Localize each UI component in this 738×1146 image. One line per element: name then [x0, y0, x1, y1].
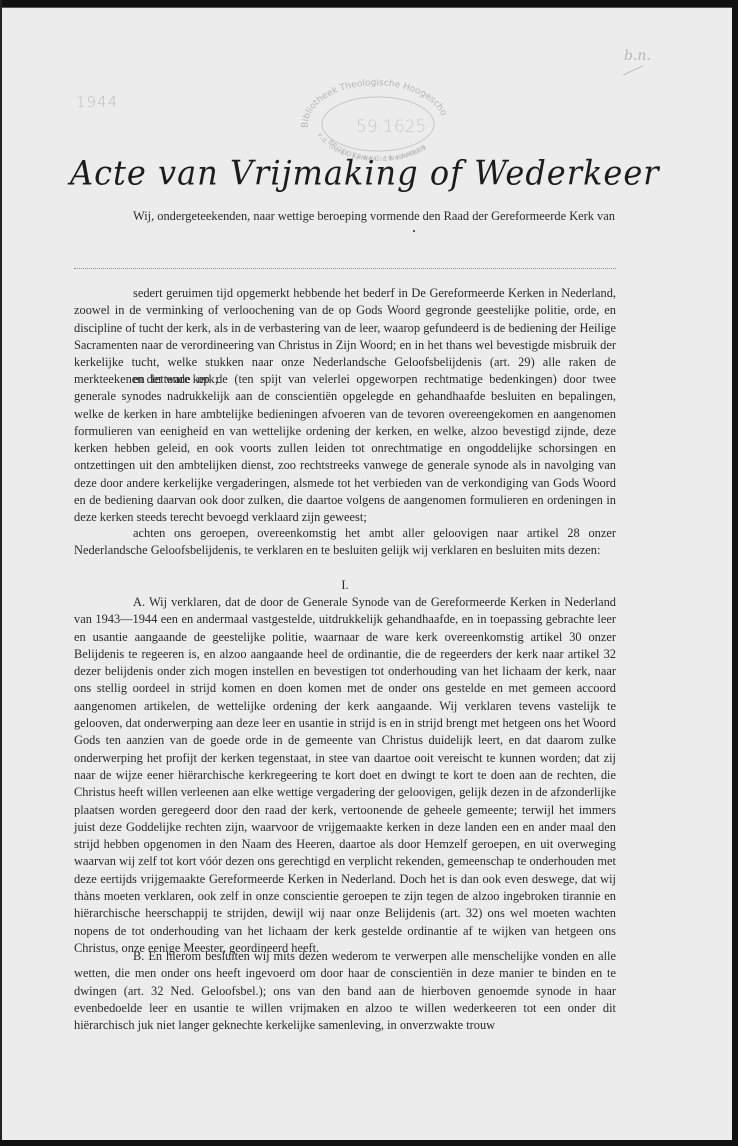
paragraph-b: B. En hierom besluiten wij mits dezen we… [74, 948, 616, 1034]
pencil-stroke [623, 65, 643, 75]
pencil-year-annotation: 1944 [76, 93, 118, 111]
ink-dot [413, 230, 415, 232]
document-page: 1944 b.n. Bibliotheek Theologische Hooge… [2, 7, 732, 1141]
paragraph-a: A. Wij verklaren, dat de door de General… [74, 594, 616, 957]
scan-border-right [732, 0, 738, 1146]
intro-paragraph: Wij, ondergeteekenden, naar wettige bero… [74, 208, 616, 225]
paragraph-achten: achten ons geroepen, overeenkomstig het … [74, 525, 616, 560]
library-stamp: Bibliotheek Theologische Hoogeschool v.d… [302, 90, 452, 160]
scan-border-bottom [0, 1140, 738, 1146]
document-title: Acte van Vrijmaking of Wederkeer [70, 153, 660, 193]
section-numeral: I. [74, 577, 616, 594]
svg-text:59.1625: 59.1625 [356, 117, 426, 137]
pencil-note-annotation: b.n. [624, 48, 651, 64]
fill-in-dotted-line [74, 268, 616, 269]
paragraph-lettende: en lettende op de (ten spijt van velerle… [74, 371, 616, 527]
scan-border-top [0, 0, 738, 7]
